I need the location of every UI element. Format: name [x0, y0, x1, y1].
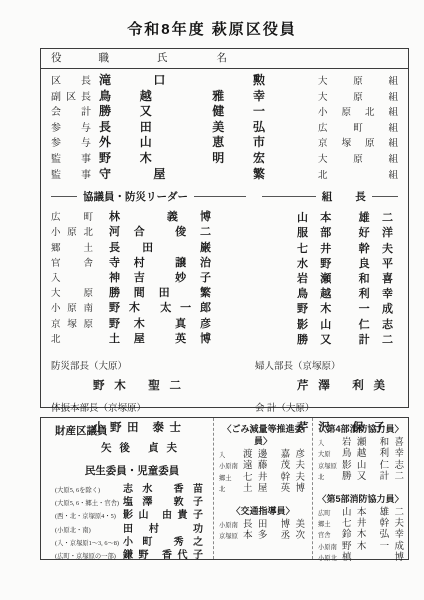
- area-label: 小原北: [51, 226, 93, 240]
- area-label: 広町: [318, 508, 338, 519]
- leader-label: 防災部長（大原）: [51, 361, 255, 373]
- person-name: 七井 幹夫: [243, 473, 305, 484]
- area-label: 小原南: [318, 542, 338, 553]
- area-label: (大原5, 6を除く): [55, 485, 119, 497]
- kumicho-row: 影山 仁志: [255, 317, 398, 332]
- officer-row: 監事 守屋 繁 北組: [41, 168, 408, 184]
- council-row: 大原 勝間田 繁: [51, 286, 255, 301]
- leader-label: 婦人部長（京塚原）: [255, 361, 398, 373]
- committees-box: 財産区議員 矢後 貞夫 民生委員・児童委員 (大原5, 6を除く) 志水 香苗 …: [40, 417, 409, 560]
- officer-position: 会計: [51, 106, 91, 120]
- area-label: 郷土: [51, 242, 93, 256]
- officer-group: 京塚原組: [318, 138, 398, 152]
- officer-name: 長田 美弘: [99, 121, 265, 135]
- person-name: 勝間田 繁: [109, 286, 211, 300]
- person-name: 土屋 英博: [243, 484, 305, 495]
- area-label: 郷土: [318, 519, 338, 530]
- officer-group: 北組: [318, 170, 398, 184]
- area-label: 北: [318, 472, 338, 483]
- person-name: 水野 良平: [297, 257, 393, 271]
- area-label: 大原: [318, 449, 338, 460]
- area-label: 小原南: [219, 520, 239, 531]
- person-name: 鳥越 利幸: [342, 449, 404, 460]
- kumicho-row: 服部 好洋: [255, 225, 398, 240]
- shobo4-row: 入 岩瀬 和喜: [316, 438, 405, 449]
- kumicho-list: 山本 雄二 服部 好洋 七井 幹夫 水野 良平 岩瀬 和喜 鳥越 利幸 野木 一…: [255, 210, 398, 347]
- area-label: 小原南: [51, 302, 93, 316]
- officer-name: 勝又 健一: [99, 105, 265, 119]
- person-name: 田村 功: [123, 524, 203, 536]
- officer-name: 守屋 繁: [99, 168, 265, 182]
- person-name: 渡邊 嘉彦: [243, 450, 305, 461]
- person-name: 七井 幹夫: [342, 519, 404, 530]
- header-name: 氏名: [157, 52, 227, 66]
- shobo4-row: 京塚原 影山 仁志: [316, 461, 405, 472]
- minsei-row: (大原5, 6を除く) 志水 香苗: [55, 484, 209, 497]
- person-name: 山本 雄二: [297, 211, 393, 225]
- shobo5-row: 広町 山本 雄二: [316, 508, 405, 519]
- area-label: 入: [51, 272, 93, 286]
- officers-box: 役職 氏名 区長 滝口 勲 大原組 副区長 鳥越 雅幸 大原組 会計 勝又 健一…: [40, 48, 409, 408]
- person-name: 野木 一成: [342, 542, 404, 553]
- minsei-row: (広町・京塚原の一部) 鎌野 香代子: [55, 550, 209, 563]
- officer-row: 監事 野木 明宏 大原組: [41, 152, 408, 168]
- officer-position: 参与: [51, 137, 91, 151]
- person-name: 野木 聖二: [93, 377, 181, 393]
- leader-item: 婦人部長（京塚原） 芹澤 利美: [255, 361, 398, 394]
- person-name: 本多 丞次: [243, 531, 305, 542]
- officer-table-header: 役職 氏名: [41, 49, 408, 69]
- officer-position: 区長: [51, 75, 91, 89]
- officer-position: 副区長: [51, 91, 91, 105]
- person-name: 影山 仁志: [297, 318, 393, 332]
- area-label: 広町: [51, 211, 93, 225]
- person-name: 矢後 貞夫: [101, 440, 177, 455]
- mid-section-headers: 協議員・防災リーダー 組長: [51, 189, 398, 203]
- shobo5-title: 〈第5部消防協力員〉: [316, 493, 405, 505]
- officer-name: 鳥越 雅幸: [99, 90, 265, 104]
- gomi-row: 郷土 七井 幹夫: [217, 473, 309, 484]
- column-shobo: 〈第4部消防協力員〉 入 岩瀬 和喜 大原 鳥越 利幸 京塚原 影山 仁志 北 …: [312, 418, 408, 559]
- page-title: 令和8年度 萩原区役員: [0, 18, 424, 39]
- person-name: 遠藤 茂夫: [243, 461, 305, 472]
- officer-row: 区長 滝口 勲 大原組: [41, 74, 408, 90]
- person-name: 影山 由貴子: [123, 510, 203, 522]
- leader-label: 体振本部長（京塚原）: [51, 403, 255, 415]
- kumicho-row: 七井 幹夫: [255, 241, 398, 256]
- person-name: 長田 博美: [243, 520, 305, 531]
- area-label: 京塚原: [318, 461, 338, 472]
- person-name: 塩澤 敦子: [123, 497, 203, 509]
- person-name: 志水 香苗: [123, 484, 203, 496]
- person-name: 野木 真彦: [109, 317, 211, 331]
- area-label: (小原北・南): [55, 525, 119, 537]
- gomi-row: 北 土屋 英博: [217, 484, 309, 495]
- council-row: 郷土 長田 巌: [51, 241, 255, 256]
- person-name: 槙 博: [342, 553, 404, 564]
- council-row: 入 神吉 妙子: [51, 271, 255, 286]
- person-name: 河合 俊二: [109, 225, 211, 239]
- officer-row: 参与 外山 恵市 京塚原組: [41, 136, 408, 152]
- council-list: 広町 林 義博 小原北 河合 俊二 郷土 長田 巌 官舎 寺村 譲治 入 神吉 …: [51, 210, 255, 347]
- column-zaisan-minsei: 財産区議員 矢後 貞夫 民生委員・児童委員 (大原5, 6を除く) 志水 香苗 …: [41, 418, 213, 559]
- shobo5-row: 小原南 野木 一成: [316, 542, 405, 553]
- minsei-row: (小原北・南) 田村 功: [55, 524, 209, 537]
- area-label: 入: [318, 438, 338, 449]
- person-name: 野木 一成: [297, 302, 393, 316]
- officer-group: 大原組: [318, 154, 398, 168]
- shobo4-row: 大原 鳥越 利幸: [316, 449, 405, 460]
- area-label: 官舎: [318, 530, 338, 541]
- person-name: 岩瀬 和喜: [342, 438, 404, 449]
- person-name: 小町 秀之: [123, 537, 203, 549]
- person-name: 野木 太一郎: [109, 301, 211, 315]
- area-label: 北: [51, 333, 93, 347]
- officer-group: 小原北組: [318, 107, 398, 121]
- area-label: (入・京塚原1〜3, 6〜8): [55, 538, 119, 550]
- area-label: 小原北: [318, 553, 338, 564]
- officer-rows: 区長 滝口 勲 大原組 副区長 鳥越 雅幸 大原組 会計 勝又 健一 小原北組 …: [41, 74, 408, 183]
- person-name: 勝又 計二: [297, 333, 393, 347]
- leader-label: 会 計（大原）: [255, 403, 398, 415]
- gomi-row: 小原南 遠藤 茂夫: [217, 461, 309, 472]
- gomi-row: 入 渡邊 嘉彦: [217, 450, 309, 461]
- area-label: 大原: [51, 287, 93, 301]
- person-name: 芹澤 利美: [297, 377, 385, 393]
- council-section-title: 協議員・防災リーダー: [77, 189, 194, 204]
- person-name: 勝又 計二: [342, 472, 404, 483]
- minsei-row: (西・北・京塚原4・5) 影山 由貴子: [55, 510, 209, 523]
- rule-line: [262, 196, 316, 197]
- area-label: 官舎: [51, 257, 93, 271]
- person-name: 山本 雄二: [342, 508, 404, 519]
- officer-row: 会計 勝又 健一 小原北組: [41, 105, 408, 121]
- kumicho-row: 岩瀬 和喜: [255, 271, 398, 286]
- area-label: 京塚原: [51, 318, 93, 332]
- kumicho-row: 山本 雄二: [255, 210, 398, 225]
- area-label: 小原南: [219, 461, 239, 472]
- mid-columns: 広町 林 義博 小原北 河合 俊二 郷土 長田 巌 官舎 寺村 譲治 入 神吉 …: [41, 205, 408, 347]
- person-name: 長田 巌: [109, 241, 211, 255]
- kumicho-row: 鳥越 利幸: [255, 286, 398, 301]
- council-row: 官舎 寺村 譲治: [51, 256, 255, 271]
- kumicho-row: 野木 一成: [255, 301, 398, 316]
- rule-line: [51, 196, 77, 197]
- area-label: 入: [219, 450, 239, 461]
- header-position: 役職: [51, 52, 109, 66]
- council-row: 京塚原 野木 真彦: [51, 317, 255, 332]
- column-gomi-koutsu: 〈ごみ減量等推進委員〉 入 渡邊 嘉彦 小原南 遠藤 茂夫 郷土 七井 幹夫 北…: [213, 418, 312, 559]
- minsei-row: (入・京塚原1〜3, 6〜8) 小町 秀之: [55, 537, 209, 550]
- council-row: 北 土屋 英博: [51, 332, 255, 347]
- person-name: 神吉 妙子: [109, 271, 211, 285]
- gomi-title: 〈ごみ減量等推進委員〉: [217, 423, 309, 447]
- minsei-title: 民生委員・児童委員: [55, 465, 209, 478]
- kumicho-row: 勝又 計二: [255, 332, 398, 347]
- person-name: 影山 仁志: [342, 461, 404, 472]
- zaisan-title: 財産区議員: [55, 425, 209, 438]
- officer-row: 副区長 鳥越 雅幸 大原組: [41, 90, 408, 106]
- kumicho-row: 水野 良平: [255, 256, 398, 271]
- council-row: 小原北 河合 俊二: [51, 225, 255, 240]
- leader-item: 防災部長（大原） 野木 聖二: [51, 361, 255, 394]
- person-name: 林 義博: [109, 210, 211, 224]
- officer-group: 広町組: [318, 123, 398, 137]
- rule-line: [372, 196, 398, 197]
- officer-name: 外山 恵市: [99, 136, 265, 150]
- person-name: 寺村 譲治: [109, 256, 211, 270]
- council-row: 広町 林 義博: [51, 210, 255, 225]
- shobo5-row: 小原北 槙 博: [316, 553, 405, 564]
- kumicho-section-title: 組長: [316, 189, 372, 204]
- person-name: 鈴木 弘幸: [342, 530, 404, 541]
- area-label: (広町・京塚原の一部): [55, 551, 119, 563]
- person-name: 鳥越 利幸: [297, 287, 393, 301]
- officer-position: 監事: [51, 169, 91, 183]
- shobo4-title: 〈第4部消防協力員〉: [316, 423, 405, 435]
- officer-position: 参与: [51, 122, 91, 136]
- koutsu-row: 京塚原 本多 丞次: [217, 531, 309, 542]
- officer-group: 大原組: [318, 92, 398, 106]
- document-page: { "page": { "title": "令和8年度 萩原区役員" }, "o…: [0, 0, 424, 600]
- area-label: 郷土: [219, 473, 239, 484]
- koutsu-row: 小原南 長田 博美: [217, 520, 309, 531]
- person-name: 鎌野 香代子: [123, 550, 203, 562]
- area-label: 北: [219, 484, 239, 495]
- person-name: 七井 幹夫: [297, 242, 393, 256]
- shobo5-row: 郷土 七井 幹夫: [316, 519, 405, 530]
- person-name: 土屋 英博: [109, 332, 211, 346]
- shobo4-row: 北 勝又 計二: [316, 472, 405, 483]
- shobo5-row: 官舎 鈴木 弘幸: [316, 530, 405, 541]
- koutsu-title: 〈交通指導員〉: [217, 505, 309, 517]
- minsei-row: (大原5, 6・郷土・官舎) 塩澤 敦子: [55, 497, 209, 510]
- officer-name: 滝口 勲: [99, 74, 265, 88]
- area-label: (西・北・京塚原4・5): [55, 511, 119, 523]
- rule-line: [194, 196, 246, 197]
- person-name: 服部 好洋: [297, 226, 393, 240]
- officer-position: 監事: [51, 153, 91, 167]
- officer-group: 大原組: [318, 76, 398, 90]
- officer-name: 野木 明宏: [99, 152, 265, 166]
- person-name: 岩瀬 和喜: [297, 272, 393, 286]
- area-label: 京塚原: [219, 531, 239, 542]
- council-row: 小原南 野木 太一郎: [51, 301, 255, 316]
- area-label: (大原5, 6・郷土・官舎): [55, 498, 119, 510]
